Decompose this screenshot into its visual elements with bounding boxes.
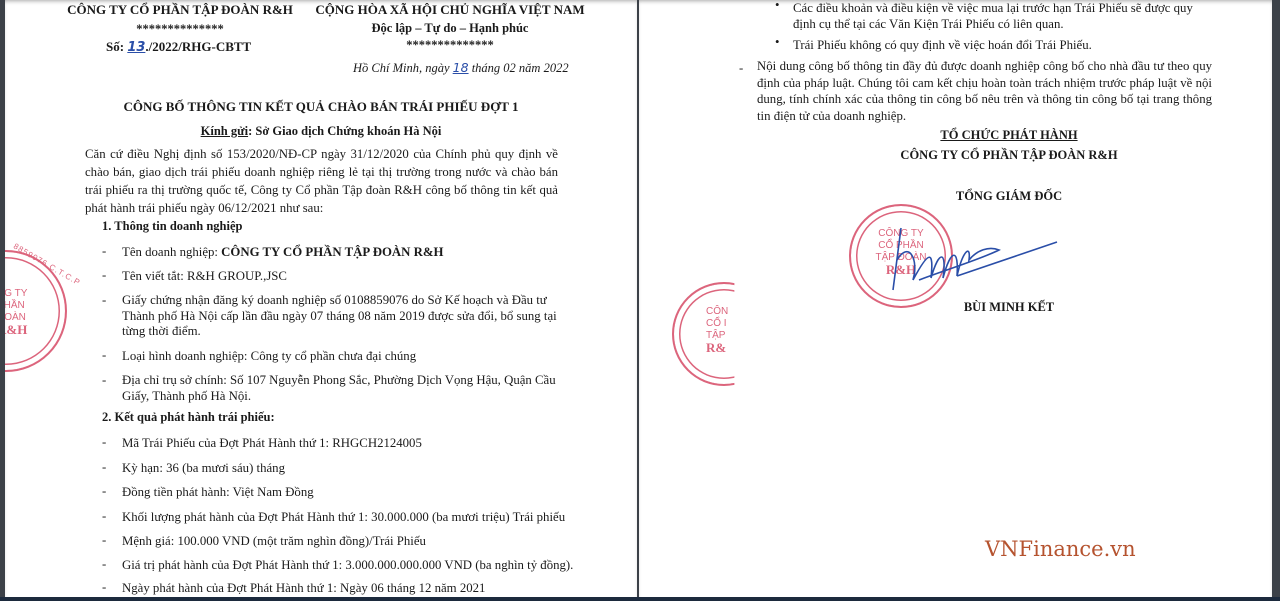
document-page-right: • Các điều khoản và điều kiện về việc mu… xyxy=(639,0,1272,597)
list-item-business-type: Loại hình doanh nghiệp: Công ty cổ phần … xyxy=(122,348,567,364)
nation-title: CỘNG HÒA XÃ HỘI CHỦ NGHĨA VIỆT NAM xyxy=(305,2,595,18)
list-item-registration: Giấy chứng nhận đăng ký doanh nghiệp số … xyxy=(122,293,567,340)
commitment-paragraph: Nội dung công bố thông tin đầy đủ được d… xyxy=(757,58,1212,124)
signer-name: BÙI MINH KẾT xyxy=(819,300,1199,315)
company-name-header: CÔNG TY CỔ PHẦN TẬP ĐOÀN R&H xyxy=(45,2,315,18)
list-item-issue-value: Giá trị phát hành của Đợt Phát Hành thứ … xyxy=(122,557,602,573)
section-2-heading: 2. Kết quả phát hành trái phiếu: xyxy=(102,410,275,425)
bullet-no-conversion: Trái Phiếu không có quy định về việc hoá… xyxy=(793,37,1213,53)
section-1-heading: 1. Thông tin doanh nghiệp xyxy=(102,219,242,234)
list-item-address: Địa chỉ trụ sở chính: Số 107 Nguyễn Phon… xyxy=(122,373,567,404)
bullet-redemption-terms: Các điều khoản và điều kiện về việc mua … xyxy=(793,0,1213,32)
document-page-left: CÔNG TY CỔ PHẦN TẬP ĐOÀN R&H ***********… xyxy=(5,0,637,597)
handwritten-day: 18 xyxy=(453,60,469,75)
document-number: Số: 13./2022/RHG-CBTT xyxy=(106,39,251,55)
nation-motto: Độc lập – Tự do – Hạnh phúc xyxy=(305,21,595,36)
list-item-bond-code: Mã Trái Phiếu của Đợt Phát Hành thứ 1: R… xyxy=(122,435,592,451)
document-title: CÔNG BỐ THÔNG TIN KẾT QUẢ CHÀO BÁN TRÁI … xyxy=(5,99,637,115)
handwritten-number: 13 xyxy=(127,40,145,55)
list-item-issue-date: Ngày phát hành của Đợt Phát Hành thứ 1: … xyxy=(122,580,592,596)
document-date: Hồ Chí Minh, ngày 18 tháng 02 năm 2022 xyxy=(353,60,569,76)
bottom-bar xyxy=(0,597,1280,601)
recipient: Kính gửi: Sở Giao dịch Chứng khoán Hà Nộ… xyxy=(5,124,637,139)
list-item-company-name: Tên doanh nghiệp: CÔNG TY CỔ PHẦN TẬP ĐO… xyxy=(122,244,567,260)
signature-scribble xyxy=(879,220,1059,300)
issuer-label: TỔ CHỨC PHÁT HÀNH xyxy=(819,128,1199,143)
nation-stars: ************** xyxy=(305,38,595,53)
list-item-term: Kỳ hạn: 36 (ba mươi sáu) tháng xyxy=(122,460,592,476)
intro-paragraph: Căn cứ điều Nghị định số 153/2020/NĐ-CP … xyxy=(85,145,558,217)
company-stamp-partial-left: 8859076.C.T.C.P NG TY PHẦN ĐOÀN R&H xyxy=(5,250,67,372)
list-item-par-value: Mệnh giá: 100.000 VND (một trăm nghìn đồ… xyxy=(122,533,592,549)
list-item-short-name: Tên viết tắt: R&H GROUP.,JSC xyxy=(122,268,567,284)
company-stars: ************** xyxy=(45,22,315,37)
company-stamp-partial-right: CÔN CỔ I TẬP R& xyxy=(672,282,776,386)
list-item-currency: Đồng tiền phát hành: Việt Nam Đồng xyxy=(122,484,592,500)
signer-position: TỔNG GIÁM ĐỐC xyxy=(819,189,1199,204)
watermark: VNFinance.vn xyxy=(985,537,1136,561)
issuer-company: CÔNG TY CỔ PHẦN TẬP ĐOÀN R&H xyxy=(819,148,1199,163)
list-item-volume: Khối lượng phát hành của Đợt Phát Hành t… xyxy=(122,509,602,525)
